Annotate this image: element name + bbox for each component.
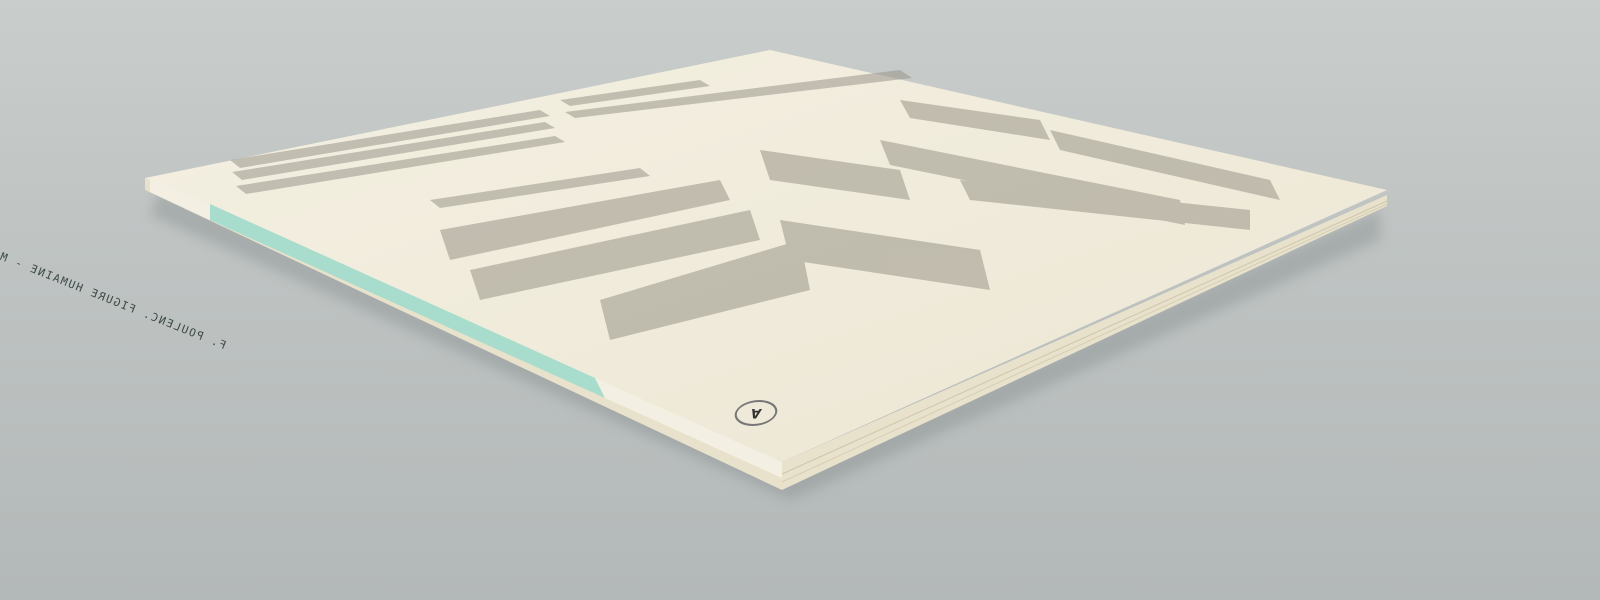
scene — [0, 0, 1600, 600]
